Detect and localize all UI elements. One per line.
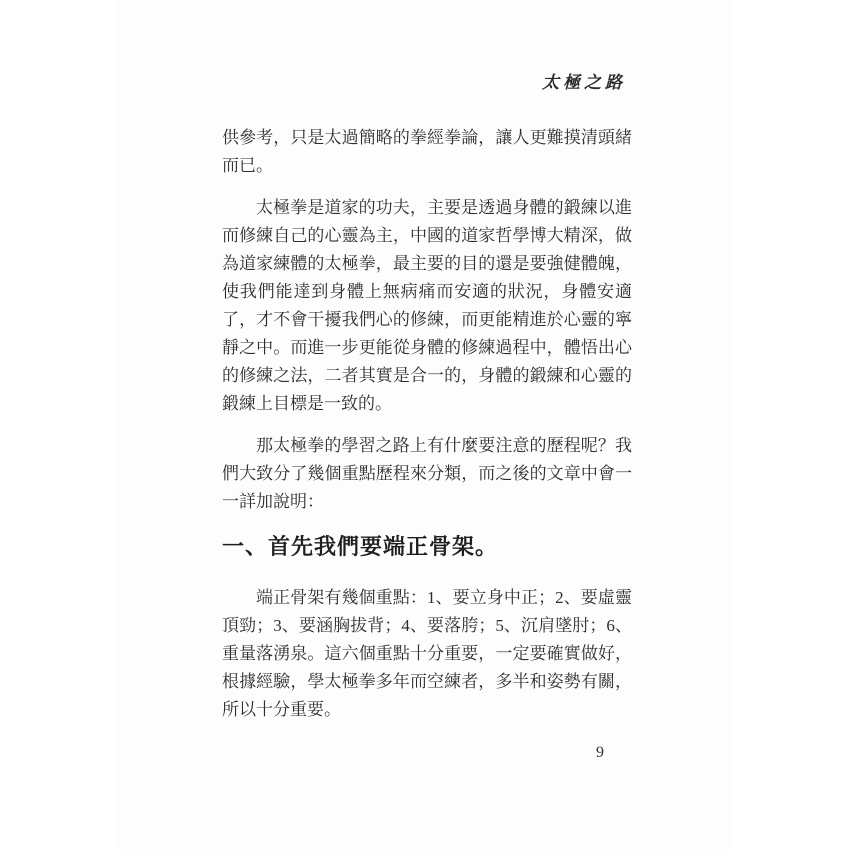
paragraph-continuation: 供參考，只是太過簡略的拳經拳論，讓人更難摸清頭緒而已。 [222, 124, 632, 180]
page-number: 9 [560, 744, 640, 762]
running-header-title: 太極之路 [222, 68, 626, 93]
paragraph-taichi-daoism: 太極拳是道家的功夫，主要是透過身體的鍛練以進而修練自己的心靈為主，中國的道家哲學… [222, 194, 632, 418]
paragraph-posture-points: 端正骨架有幾個重點：1、要立身中正；2、要虛靈頂勁；3、要涵胸拔背；4、要落胯；… [222, 584, 632, 724]
book-page-scan: 太極之路 供參考，只是太過簡略的拳經拳論，讓人更難摸清頭緒而已。 太極拳是道家的… [0, 0, 850, 850]
section-heading-posture: 一、首先我們要端正骨架。 [222, 532, 632, 562]
body-text-column: 供參考，只是太過簡略的拳經拳論，讓人更難摸清頭緒而已。 太極拳是道家的功夫，主要… [222, 124, 632, 738]
paragraph-learning-path: 那太極拳的學習之路上有什麼要注意的歷程呢？我們大致分了幾個重點歷程來分類，而之後… [222, 432, 632, 516]
